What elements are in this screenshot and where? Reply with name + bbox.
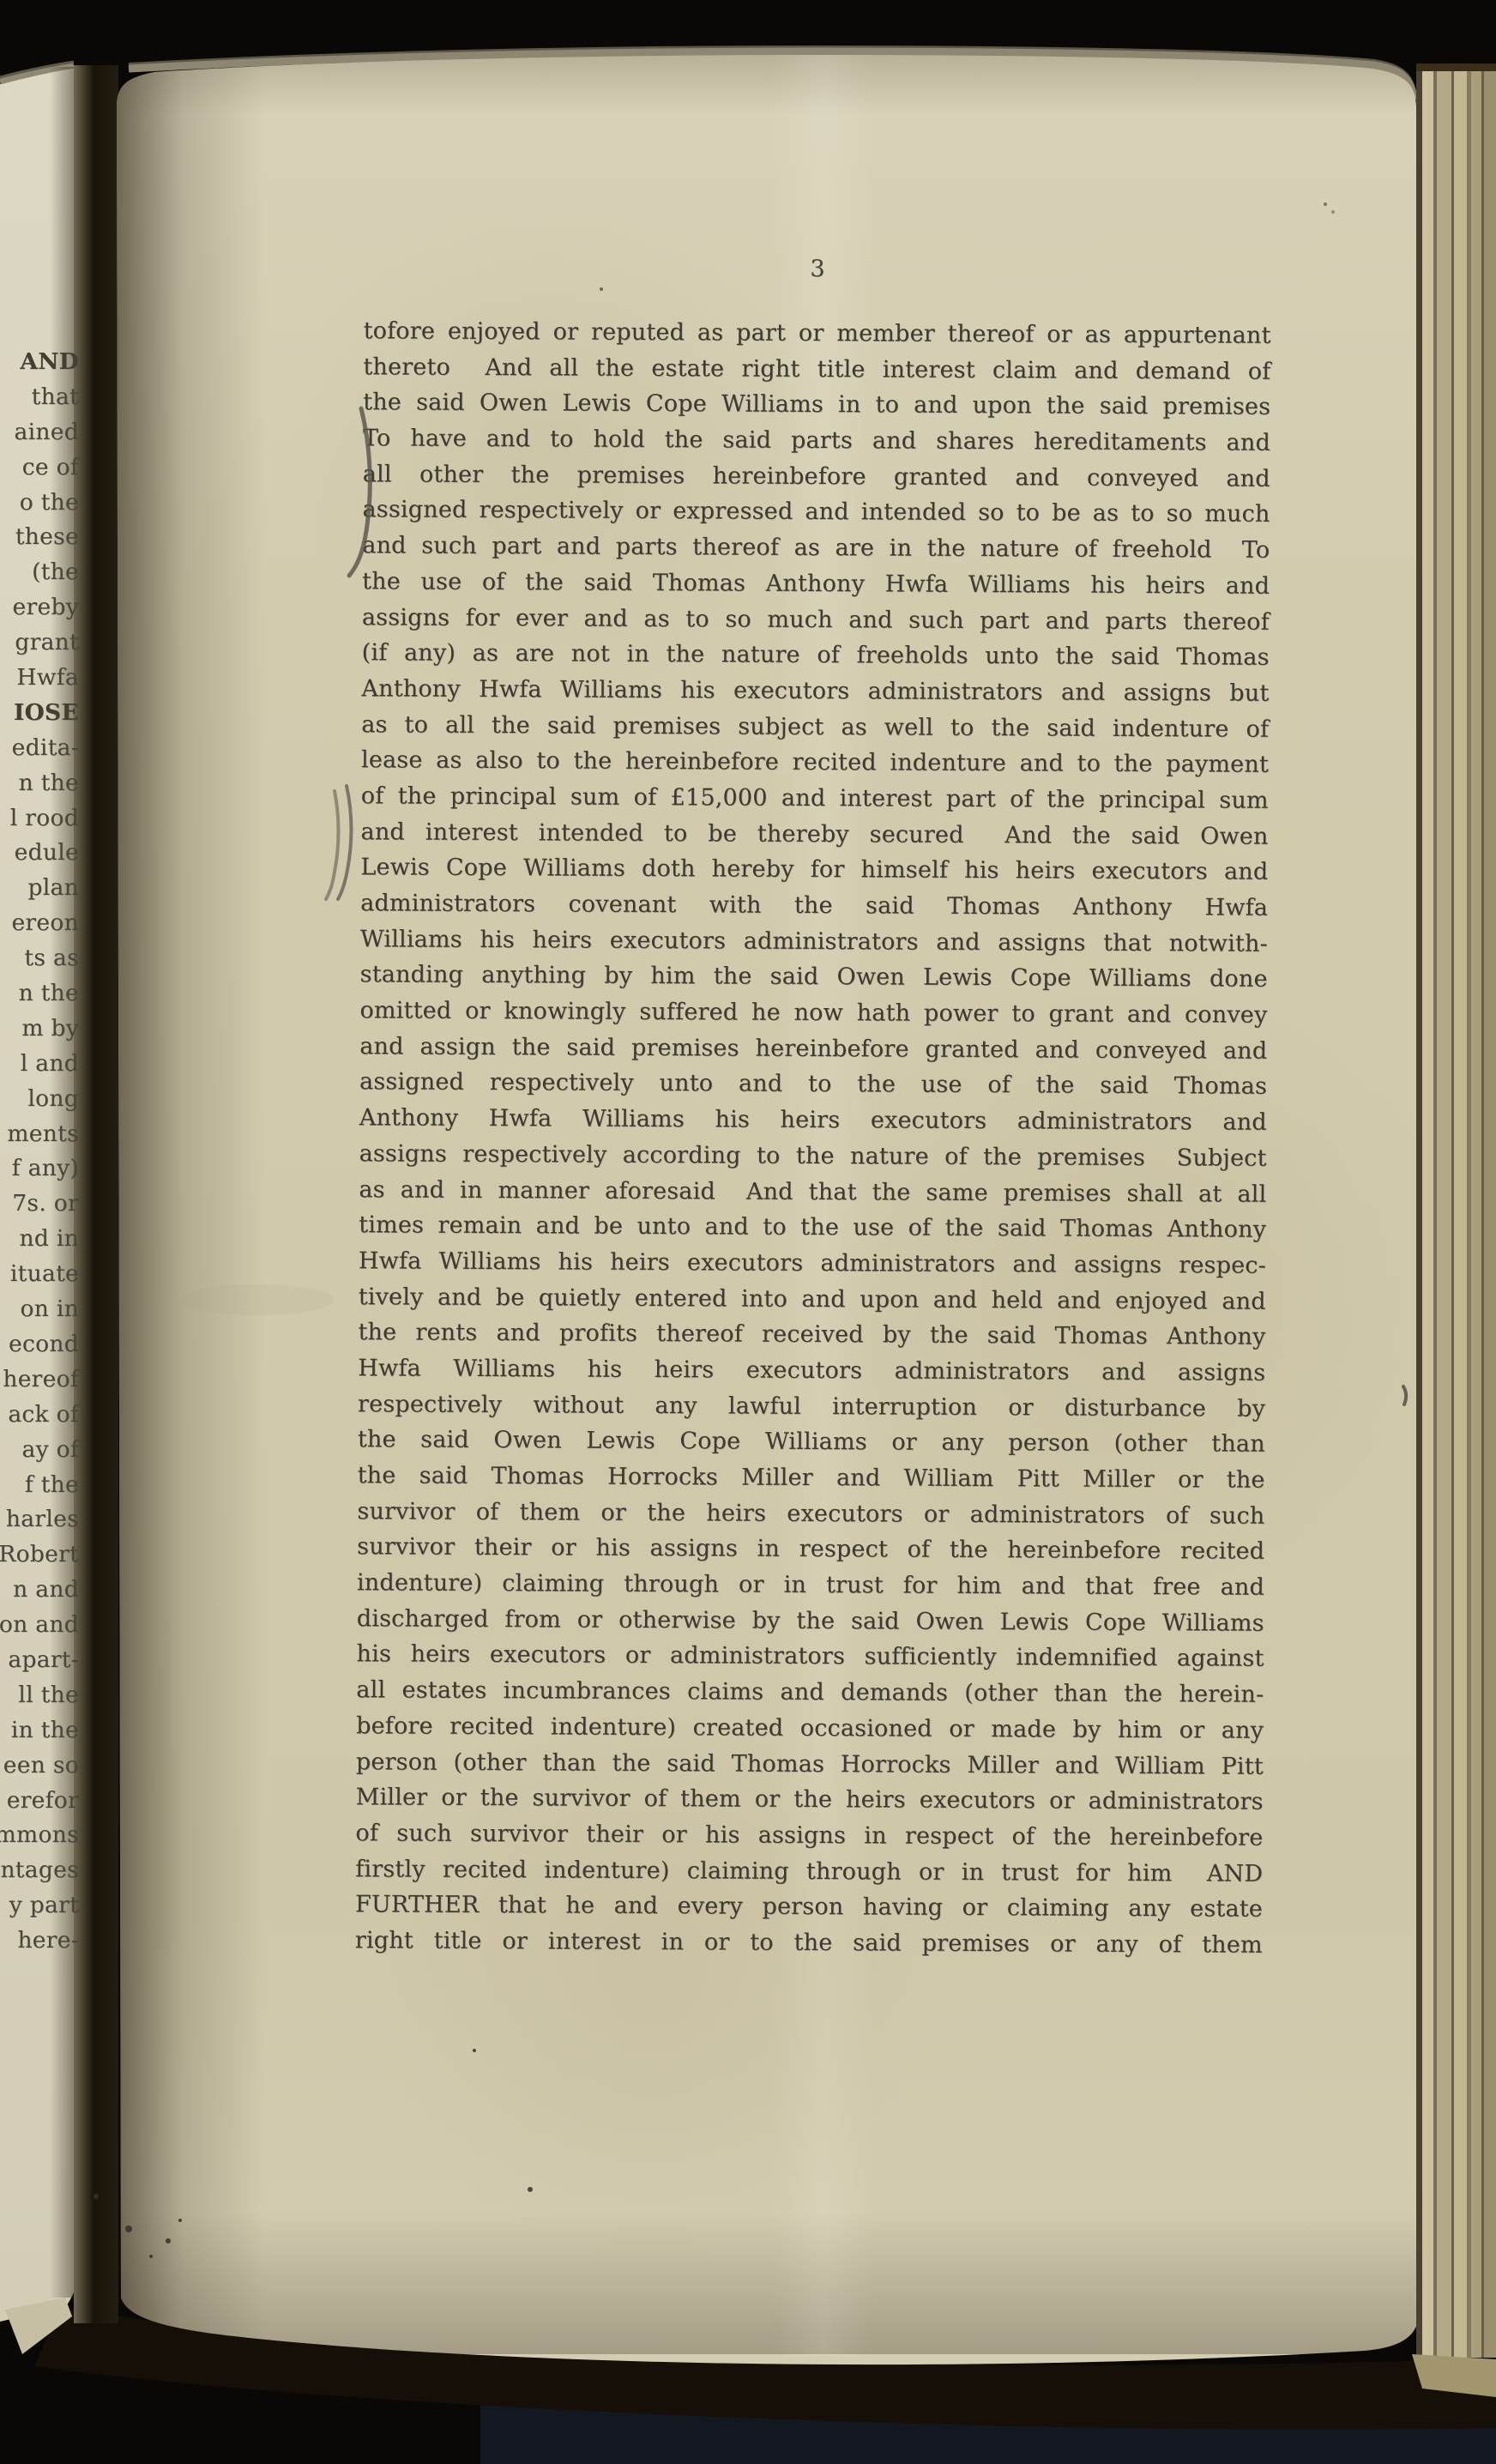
text-line: assigned respectively unto and to the us… (359, 1065, 1267, 1105)
text-line: Lewis Cope Williams doth hereby for hims… (360, 850, 1268, 891)
page-number: 3 (364, 253, 1271, 285)
text-line: all estates incumbrances claims and dema… (356, 1672, 1264, 1712)
text-line: the said Owen Lewis Cope Williams in to … (363, 385, 1270, 426)
text-line: Hwfa Williams his heirs executors admini… (359, 1243, 1266, 1283)
text-line: and such part and parts thereof as are i… (362, 528, 1270, 568)
text-line: his heirs executors or administrators su… (356, 1637, 1264, 1677)
text-line: as to all the said premises subject as w… (361, 707, 1269, 747)
text-line: right title or interest in or to the sai… (355, 1923, 1263, 1963)
text-line: assigned respectively or expressed and i… (362, 492, 1270, 533)
text-line: times remain and be unto and to the use … (359, 1207, 1266, 1247)
text-line: assigns respectively according to the na… (359, 1136, 1267, 1176)
text-line: discharged from or otherwise by the said… (357, 1601, 1264, 1641)
text-line: To have and to hold the said parts and s… (363, 420, 1270, 461)
text-line: FURTHER that he and every person having … (355, 1887, 1263, 1927)
text-line: tofore enjoyed or reputed as part or mem… (364, 313, 1271, 353)
text-line: standing anything by him the said Owen L… (360, 957, 1268, 998)
text-line: omitted or knowingly suffered he now hat… (359, 993, 1267, 1033)
text-line: (if any) as are not in the nature of fre… (362, 635, 1270, 675)
text-line: survivor their or his assigns in respect… (357, 1530, 1264, 1570)
text-line: Anthony Hwfa Williams his executors admi… (361, 671, 1269, 711)
text-line: tively and be quietly entered into and u… (359, 1279, 1266, 1320)
text-line: the use of the said Thomas Anthony Hwfa … (362, 564, 1270, 604)
text-line: lease as also to the hereinbefore recite… (361, 742, 1269, 782)
deed-body-text: tofore enjoyed or reputed as part or mem… (355, 313, 1271, 1963)
page-text-layer: 3 tofore enjoyed or reputed as part or m… (0, 0, 1496, 2464)
text-line: Miller or the survivor of them or the he… (356, 1779, 1264, 1820)
text-line: administrators covenant with the said Th… (360, 885, 1268, 926)
text-line: Williams his heirs executors administrat… (360, 921, 1268, 962)
text-line: and assign the said premises hereinbefor… (359, 1029, 1267, 1069)
text-line: all other the premises hereinbefore gran… (363, 456, 1270, 497)
text-line: respectively without any lawful interrup… (358, 1386, 1265, 1427)
text-line: Hwfa Williams his heirs executors admini… (358, 1350, 1265, 1391)
text-line: person (other than the said Thomas Horro… (356, 1744, 1264, 1785)
text-line: the said Owen Lewis Cope Williams or any… (358, 1422, 1265, 1463)
text-line: indenture) claiming through or in trust … (357, 1565, 1264, 1605)
text-line: of such survivor their or his assigns in… (355, 1815, 1263, 1856)
book-page-scan: ANDthatainedce ofo thethese(theerebygran… (0, 0, 1496, 2464)
text-line: assigns for ever and as to so much and s… (362, 600, 1270, 640)
text-line: firstly recited indenture) claiming thro… (355, 1851, 1263, 1892)
text-line: of the principal sum of £15,000 and inte… (361, 778, 1269, 818)
text-line: Anthony Hwfa Williams his heirs executor… (359, 1100, 1267, 1140)
text-line: as and in manner aforesaid And that the … (359, 1172, 1266, 1212)
text-line: the rents and profits thereof received b… (358, 1314, 1265, 1355)
text-line: and interest intended to be thereby secu… (360, 814, 1268, 855)
text-line: thereto And all the estate right title i… (363, 349, 1270, 390)
text-line: before recited indenture) created occasi… (356, 1708, 1264, 1748)
text-line: the said Thomas Horrocks Miller and Will… (358, 1458, 1265, 1498)
text-line: survivor of them or the heirs executors … (357, 1494, 1264, 1534)
